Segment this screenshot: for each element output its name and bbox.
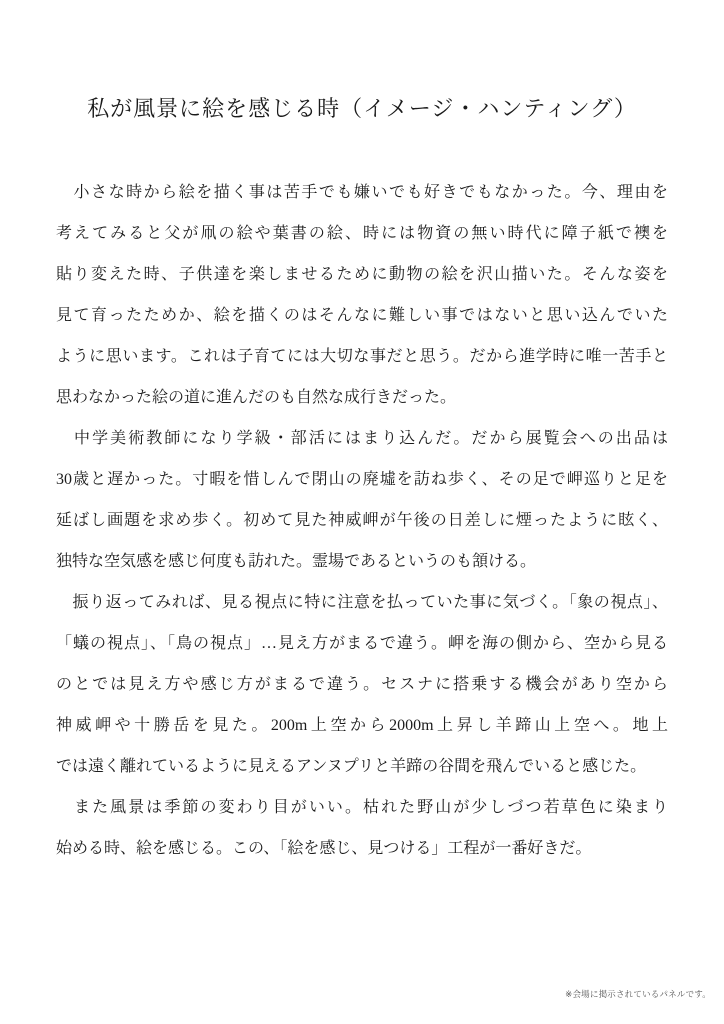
footer-note: ※会場に掲示されているパネルです。 (565, 988, 711, 1000)
text-line: 思わなかった絵の道に進んだのも自然な成行きだった。 (56, 377, 668, 418)
text-line: 30歳と遅かった。寸暇を惜しんで閉山の廃墟を訪ね歩く、その足で岬巡りと足を (56, 459, 668, 500)
text-line: 始める時、絵を感じる。この、「絵を感じ、見つける」工程が一番好きだ。 (56, 828, 668, 869)
text-line: 小さな時から絵を描く事は苦手でも嫌いでも好きでもなかった。今、理由を (56, 172, 668, 213)
text-line: ように思います。これは子育てには大切な事だと思う。だから進学時に唯一苦手と (56, 336, 668, 377)
body-paragraphs: 小さな時から絵を描く事は苦手でも嫌いでも好きでもなかった。今、理由を考えてみると… (56, 172, 668, 869)
text-line: また風景は季節の変わり目がいい。枯れた野山が少しづつ若草色に染まり (56, 787, 668, 828)
text-line: 神威岬や十勝岳を見た。200m上空から2000m上昇し羊蹄山上空へ。地上 (56, 705, 668, 746)
text-line: 振り返ってみれば、見る視点に特に注意を払っていた事に気づく。「象の視点」、 (56, 582, 668, 623)
text-line: では遠く離れているように見えるアンヌプリと羊蹄の谷間を飛んでいると感じた。 (56, 746, 668, 787)
text-line: 考えてみると父が凧の絵や葉書の絵、時には物資の無い時代に障子紙で襖を (56, 213, 668, 254)
text-line: 延ばし画題を求め歩く。初めて見た神威岬が午後の日差しに煙ったように眩く、 (56, 500, 668, 541)
text-line: 貼り変えた時、子供達を楽しませるために動物の絵を沢山描いた。そんな姿を (56, 254, 668, 295)
page-title: 私が風景に絵を感じる時（イメージ・ハンティング） (0, 92, 724, 123)
text-line: 「蟻の視点」、「鳥の視点」…見え方がまるで違う。岬を海の側から、空から見る (56, 623, 668, 664)
text-line: のとでは見え方や感じ方がまるで違う。セスナに搭乗する機会があり空から (56, 664, 668, 705)
text-line: 独特な空気感を感じ何度も訪れた。霊場であるというのも頷ける。 (56, 541, 668, 582)
document-page: 私が風景に絵を感じる時（イメージ・ハンティング） 小さな時から絵を描く事は苦手で… (0, 0, 724, 1024)
text-line: 見て育ったためか、絵を描くのはそんなに難しい事ではないと思い込んでいた (56, 295, 668, 336)
text-line: 中学美術教師になり学級・部活にはまり込んだ。だから展覧会への出品は (56, 418, 668, 459)
